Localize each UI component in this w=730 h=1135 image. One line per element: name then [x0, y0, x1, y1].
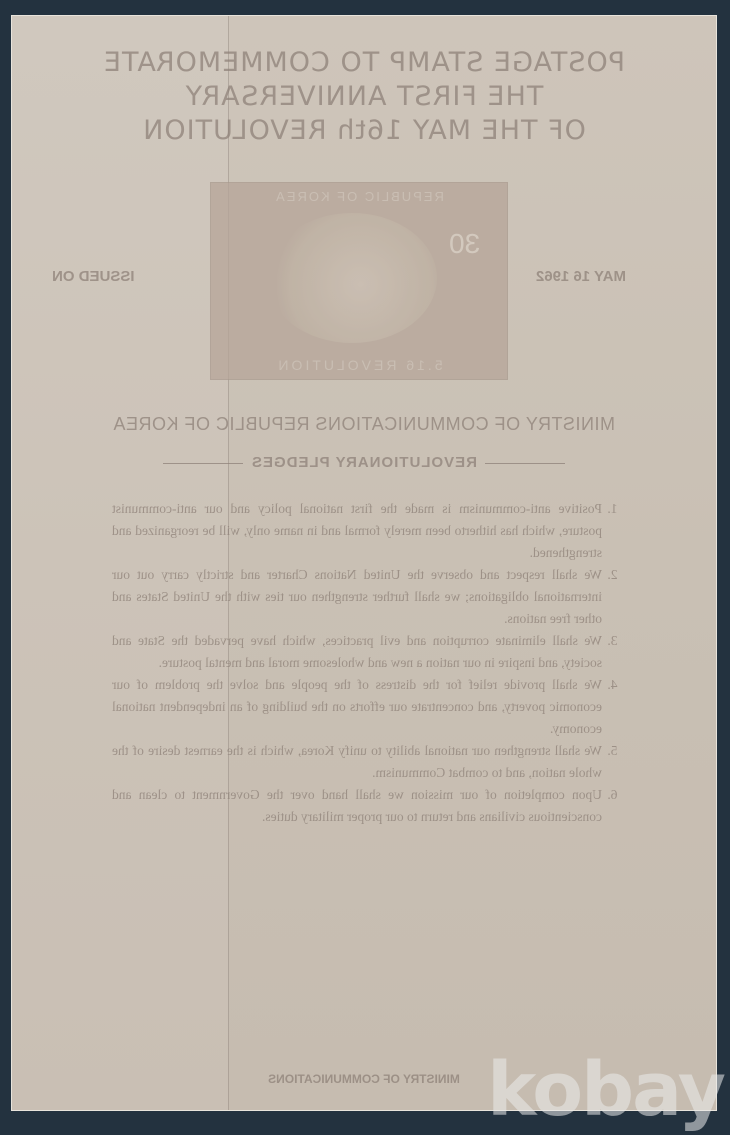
pledge-item: Positive anti-communism is made the firs…	[112, 498, 604, 564]
title-line: OF THE MAY 16th REVOLUTION	[12, 114, 716, 148]
pledges-heading-text: REVOLUTIONARY PLEDGES	[251, 454, 477, 471]
pledge-item: We shall eliminate corruption and evil p…	[112, 630, 604, 674]
stamp-country: REPUBLIC OF KOREA	[271, 189, 447, 204]
pledge-item: Upon completion of our mission we shall …	[112, 784, 604, 828]
stamp-bottom-text: 5.16 REVOLUTION	[251, 357, 467, 373]
stamp-artwork	[267, 213, 437, 343]
show-through-print: POSTAGE STAMP TO COMMEMORATE THE FIRST A…	[12, 16, 716, 1110]
pledges-heading: REVOLUTIONARY PLEDGES	[12, 454, 716, 471]
pledge-item: We shall strengthen our national ability…	[112, 740, 604, 784]
pledges-list: Positive anti-communism is made the firs…	[112, 498, 626, 828]
watermark-logo: kobay	[487, 1047, 724, 1133]
issue-date: MAY 16 1962	[536, 268, 626, 285]
title-line: THE FIRST ANNIVERSARY	[12, 80, 716, 114]
issued-label: ISSUED ON	[52, 268, 135, 285]
ministry-line: MINISTRY OF COMMUNICATIONS REPUBLIC OF K…	[12, 414, 716, 435]
title-line: POSTAGE STAMP TO COMMEMORATE	[12, 46, 716, 80]
pledge-item: We shall respect and observe the United …	[112, 564, 604, 630]
stamp-value: 30	[449, 228, 480, 260]
pledge-item: We shall provide relief for the distress…	[112, 674, 604, 740]
document-title: POSTAGE STAMP TO COMMEMORATE THE FIRST A…	[12, 46, 716, 148]
stamp-image: REPUBLIC OF KOREA 30 5.16 REVOLUTION	[210, 182, 508, 380]
